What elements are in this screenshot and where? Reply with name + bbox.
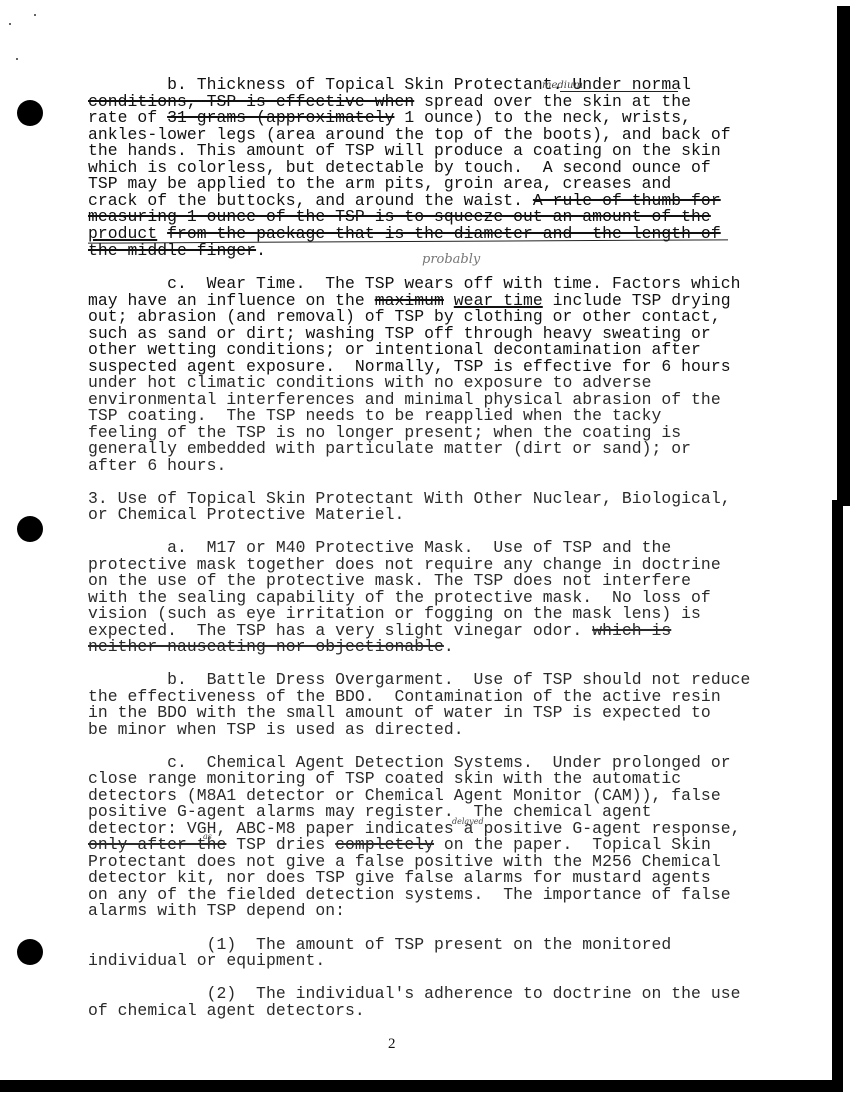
- text-line: after 6 hours.: [88, 458, 226, 474]
- text-line: vision (such as eye irritation or foggin…: [88, 606, 701, 622]
- document-page: b. Thickness of Topical Skin Protectant.…: [0, 0, 850, 1097]
- text-line: positive G-agent alarms may register. Th…: [88, 804, 652, 820]
- text-line: individual or equipment.: [88, 953, 325, 969]
- handwritten-underline: [560, 91, 678, 92]
- struck-text: neither nauseating nor objectionable: [88, 637, 444, 656]
- struck-text: the middle finger: [88, 241, 256, 260]
- text-line: of chemical agent detectors.: [88, 1003, 365, 1019]
- page-number: 2: [388, 1036, 396, 1053]
- text-line: in the BDO with the small amount of wate…: [88, 705, 711, 721]
- scan-speck: [9, 23, 11, 25]
- punch-hole-middle: [17, 516, 43, 542]
- text-line: out; abrasion (and removal) of TSP by cl…: [88, 309, 721, 325]
- text-line: under hot climatic conditions with no ex…: [88, 375, 652, 391]
- text-line: or Chemical Protective Materiel.: [88, 507, 404, 523]
- text-line: the hands. This amount of TSP will produ…: [88, 143, 721, 159]
- text-line: alarms with TSP depend on:: [88, 903, 345, 919]
- handwritten-annotation: delayed: [452, 817, 484, 826]
- handwritten-annotation: medium: [542, 80, 583, 91]
- text-line: rate of 31 grams (approximately 1 ounce)…: [88, 110, 691, 126]
- handwritten-annotation: probably: [422, 252, 480, 267]
- text-line: only after the TSP dries completely on t…: [88, 837, 711, 853]
- scan-speck: [16, 58, 18, 60]
- scan-border-right: [837, 6, 850, 506]
- punch-hole-bottom: [17, 939, 43, 965]
- text-line: TSP may be applied to the arm pits, groi…: [88, 176, 671, 192]
- text-line-struck: measuring 1 ounce of the TSP is to squee…: [88, 209, 711, 225]
- text-line: generally embedded with particulate matt…: [88, 441, 691, 457]
- text-line: a. M17 or M40 Protective Mask. Use of TS…: [88, 540, 671, 556]
- punch-hole-top: [17, 100, 43, 126]
- scan-border-right-lower: [832, 500, 843, 1092]
- scan-border-bottom: [0, 1080, 843, 1092]
- handwritten-annotation: as: [203, 832, 212, 841]
- struck-text: which is: [592, 621, 671, 640]
- text-line: close range monitoring of TSP coated ski…: [88, 771, 681, 787]
- text-line: other wetting conditions; or intentional…: [88, 342, 701, 358]
- text-line: be minor when TSP is used as directed.: [88, 722, 464, 738]
- text-line: (2) The individual's adherence to doctri…: [88, 986, 740, 1002]
- text-line: TSP coating. The TSP needs to be reappli…: [88, 408, 661, 424]
- text-line: c. Wear Time. The TSP wears off with tim…: [88, 276, 740, 292]
- text-line: b. Battle Dress Overgarment. Use of TSP …: [88, 672, 750, 688]
- text-line: neither nauseating nor objectionable.: [88, 639, 454, 655]
- text-line: the middle finger.: [88, 243, 266, 259]
- text-line: on the use of the protective mask. The T…: [88, 573, 691, 589]
- text-line: detector kit, nor does TSP give false al…: [88, 870, 711, 886]
- scan-speck: [34, 14, 36, 16]
